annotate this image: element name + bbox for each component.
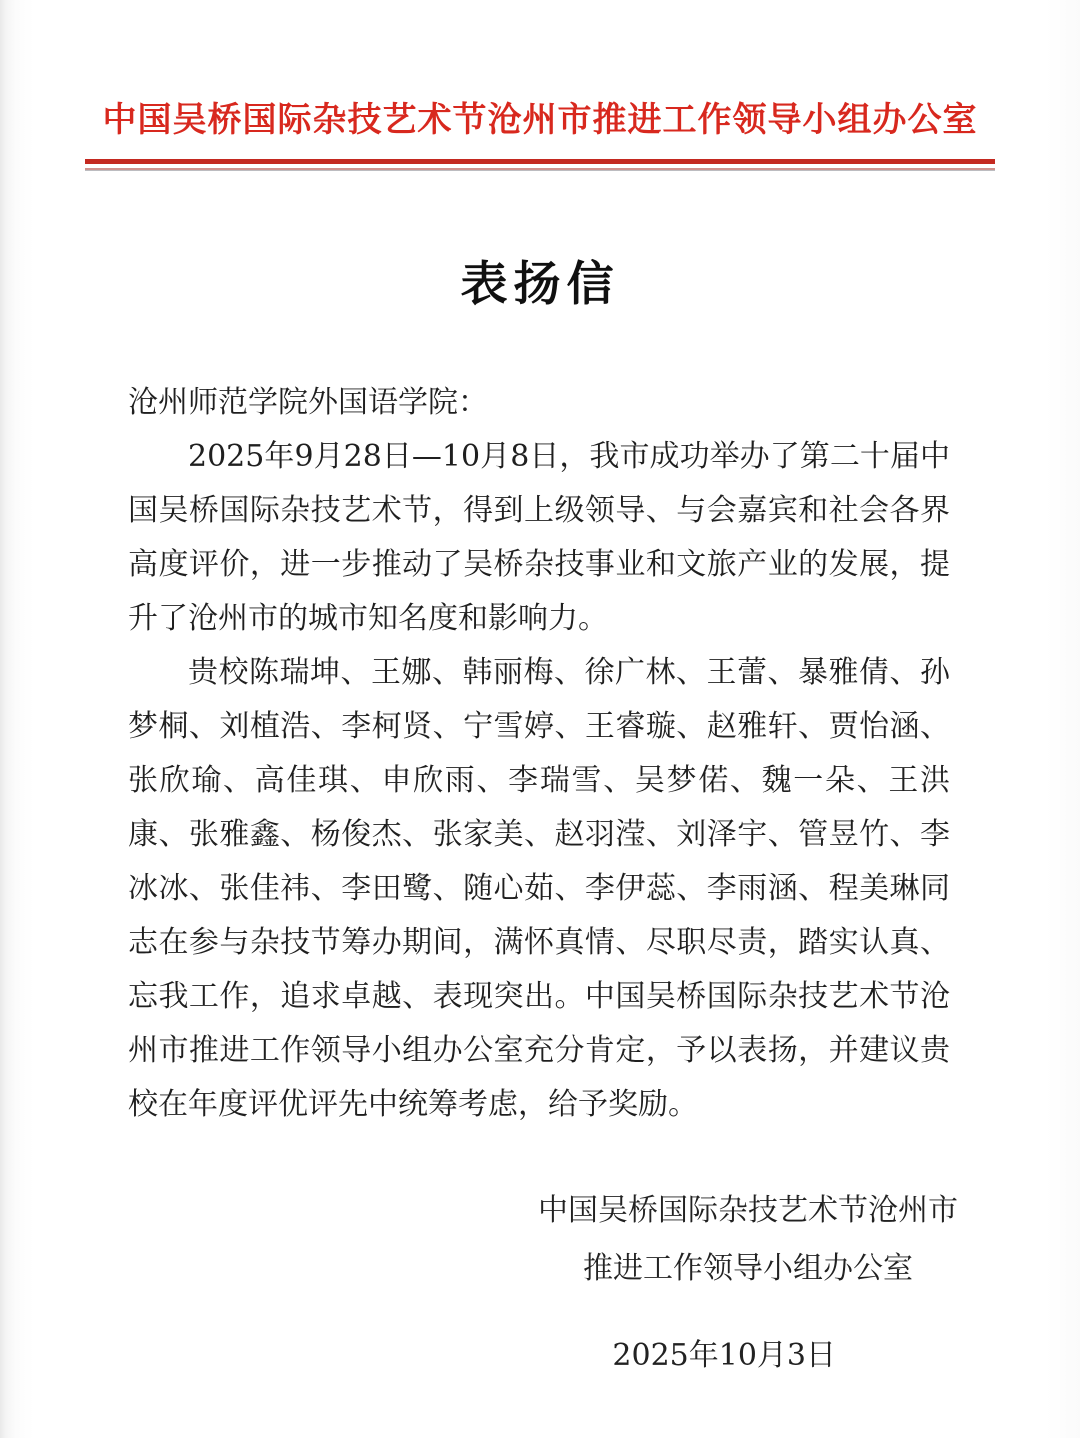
signature-line-2: 推进工作领导小组办公室 — [538, 1240, 958, 1298]
salutation: 沧州师范学院外国语学院： — [128, 376, 950, 430]
closing-section: 中国吴桥国际杂技艺术节沧州市 推进工作领导小组办公室 2025年10月3日 — [0, 1182, 1080, 1374]
divider-thick-line — [85, 159, 995, 164]
document-title: 表扬信 — [0, 247, 1080, 314]
signature-block: 中国吴桥国际杂技艺术节沧州市 推进工作领导小组办公室 — [538, 1182, 958, 1298]
letterhead: 中国吴桥国际杂技艺术节沧州市推进工作领导小组办公室 — [0, 0, 1080, 171]
letterhead-divider — [85, 159, 995, 171]
paragraph-festival-summary: 2025年9月28日—10月8日，我市成功举办了第二十届中国吴桥国际杂技艺术节，… — [128, 430, 950, 646]
letter-body: 沧州师范学院外国语学院： 2025年9月28日—10月8日，我市成功举办了第二十… — [128, 376, 950, 1132]
letter-page: 中国吴桥国际杂技艺术节沧州市推进工作领导小组办公室 表扬信 沧州师范学院外国语学… — [0, 0, 1080, 1438]
signature-line-1: 中国吴桥国际杂技艺术节沧州市 — [538, 1182, 958, 1240]
letterhead-title: 中国吴桥国际杂技艺术节沧州市推进工作领导小组办公室 — [0, 0, 1080, 141]
date-line: 2025年10月3日 — [612, 1330, 836, 1374]
divider-thin-line — [85, 168, 995, 171]
paragraph-commended-names: 贵校陈瑞坤、王娜、韩丽梅、徐广林、王蕾、暴雅倩、孙梦桐、刘植浩、李柯贤、宁雪婷、… — [128, 646, 950, 1132]
